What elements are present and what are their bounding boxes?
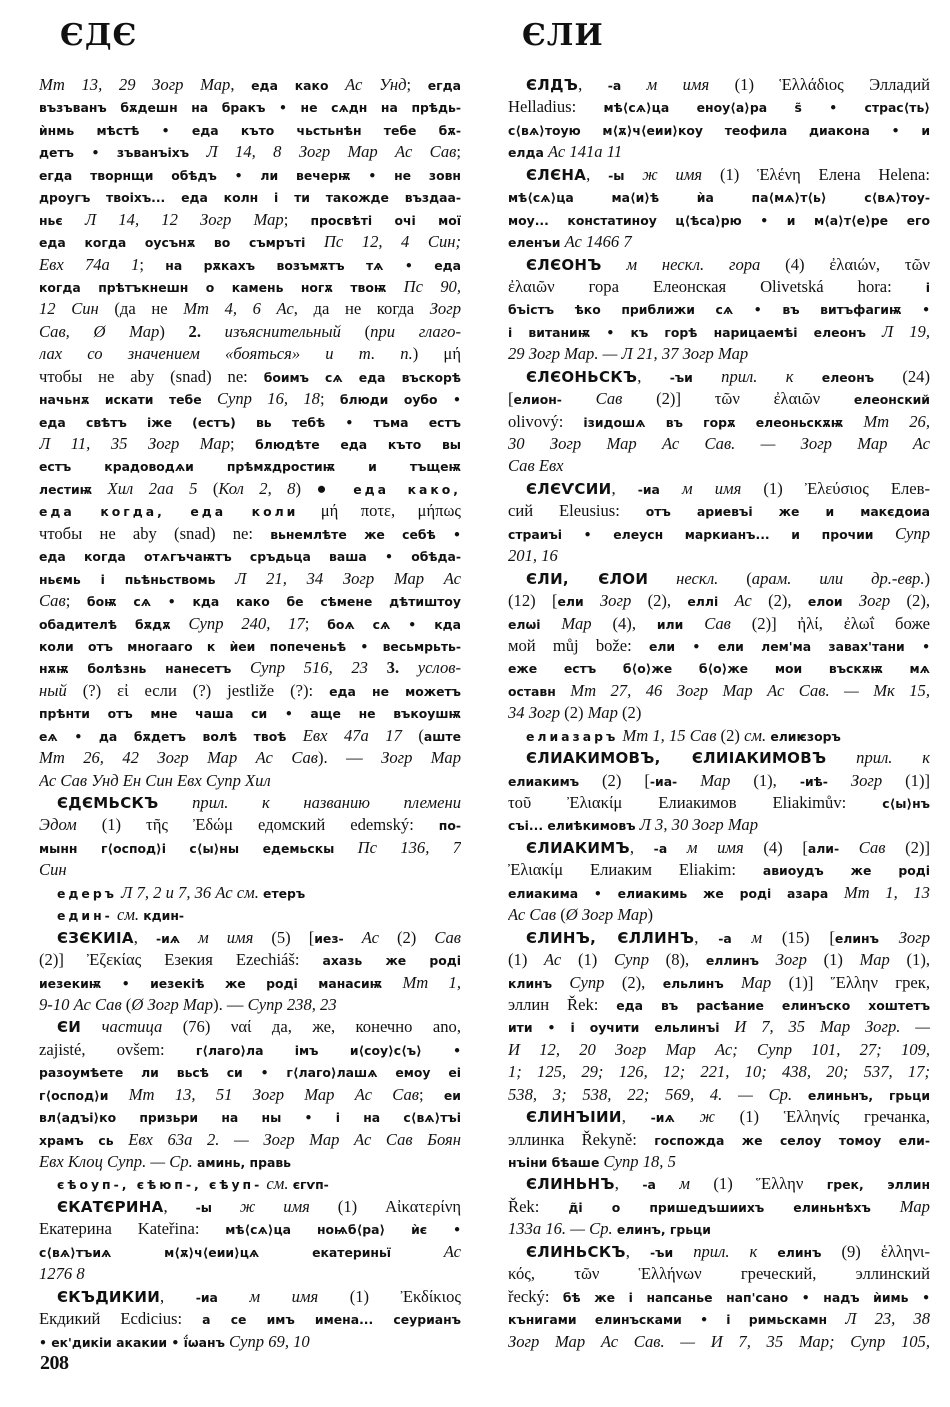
italic-reference: Зогр	[899, 928, 930, 947]
italic-reference: Мт 4, 6 Ас	[183, 299, 294, 318]
italic-reference: Ас Сав	[508, 905, 556, 924]
italic-reference: Син	[39, 860, 67, 879]
church-slavonic-quote: просвѣті очі мої	[310, 213, 461, 228]
spaced-variant: един-	[57, 908, 113, 923]
text-line: Řek: д̃і о пришедъшиихъ елиньнѣхъ Мар	[508, 1196, 930, 1218]
text-line: ЄКЪДИКИИ, -иа м имя (1) Ἐκδίκιος	[39, 1286, 461, 1308]
italic-reference: см.	[117, 905, 139, 924]
text-run: чтобы не aby (snad) ne:	[39, 367, 264, 386]
text-line: ЄЛИНЪ, ЄЛЛИНЪ, -а м (15) [елинъ Зогр	[508, 927, 930, 949]
italic-reference: Ас	[544, 950, 561, 969]
text-run	[843, 591, 859, 610]
text-line: ЄЛЄНА, -ы ж имя (1) Ἑλένη Елена Helena:	[508, 164, 930, 186]
text-line: 1; 125, 29; 126, 12; 221, 10; 438, 20; 5…	[508, 1061, 930, 1083]
text-line: възъванъ бѫдешн на бракъ • не сѧдн на пр…	[39, 96, 461, 118]
church-slavonic-quote: елинъ, грьци	[617, 1222, 711, 1237]
text-run	[683, 614, 704, 633]
church-slavonic-quote: авиоудъ же роді	[763, 863, 930, 878]
church-slavonic-quote: елион-	[514, 392, 562, 407]
text-line: ЄЛИ, ЄЛОИ нескл. (арам. или др.-евр.)	[508, 568, 930, 590]
headword: ЄКЪДИКИИ	[57, 1288, 160, 1306]
church-slavonic-quote: боимъ сѧ еда въскорѣ	[264, 370, 461, 385]
italic-reference: Ø Зогр Мар	[566, 905, 648, 924]
text-run: ,	[164, 1197, 196, 1216]
italic-reference: Пс 136, 7	[358, 838, 461, 857]
text-line: с⟨вѧ⟩тоую м⟨ѫ⟩ч⟨еии⟩коу теофила диакона …	[508, 119, 930, 141]
text-run	[541, 614, 562, 633]
church-slavonic-quote: елиѥзоръ	[770, 729, 840, 744]
text-run: (4),	[592, 614, 657, 633]
text-line: Зогр Мар Ас Сав. — И 7, 35 Мар; Супр 105…	[508, 1331, 930, 1353]
text-line: 538, 3; 538, 22; 569, 4. — Ср. елиньнъ, …	[508, 1084, 930, 1106]
text-line: нѫѭ болѣзнь нанесетъ Супр 516, 23 3. усл…	[39, 657, 461, 679]
church-slavonic-quote: еда когда отѧгъчаѭтъ сръдьца ваша • обѣд…	[39, 549, 461, 564]
text-line: ЄЗЄКИІА, -иѧ м имя (5) [иез- Ас (2) Сав	[39, 927, 461, 949]
sense-number: 2.	[189, 322, 201, 341]
text-line: еда когда, еда коли μή ποτε, μήπως	[39, 500, 461, 522]
italic-reference: Зогр Мар Ас Сав. — И 7, 35 Мар; Супр 105…	[508, 1332, 930, 1351]
text-run: (1),	[890, 950, 930, 969]
text-line: Ἐλιακίμ Елиаким Eliakim: авиоудъ же роді	[508, 859, 930, 881]
text-line: Мт 13, 29 Зогр Мар, еда како Ас Унд; егд…	[39, 74, 461, 96]
church-slavonic-quote: єгѵп-	[293, 1177, 329, 1192]
text-run: (15) [	[762, 928, 835, 947]
text-run: (2),	[604, 973, 662, 992]
text-run	[386, 277, 403, 296]
headword: ЄЛИАКИМЪ	[526, 839, 630, 857]
italic-reference: Мар	[588, 703, 618, 722]
text-run	[732, 928, 752, 947]
text-run: (2)	[379, 928, 434, 947]
church-slavonic-quote: начьнѫ искати тебе	[39, 392, 202, 407]
text-run: )	[648, 905, 654, 924]
church-slavonic-quote: елинъ	[777, 1245, 821, 1260]
church-slavonic-quote: -ъи	[670, 370, 693, 385]
text-run	[114, 1130, 129, 1149]
text-line: моу... констатиноу ц⟨ѣса⟩рю • и м⟨а⟩т⟨е⟩…	[508, 209, 930, 231]
text-run: (9) ἑλληνι-	[821, 1242, 930, 1261]
text-line: Л 11, 35 Зогр Мар; блюдѣте еда къто вы	[39, 433, 461, 455]
church-slavonic-quote: еллі	[687, 594, 718, 609]
headword: ЄЛДЪ	[526, 76, 578, 94]
text-run	[334, 838, 357, 857]
text-line: Сав Евх	[508, 455, 930, 477]
text-line: ЄЛЄОНЬСКЪ, -ъи прил. к елеонъ (24)	[508, 366, 930, 388]
text-run	[794, 367, 822, 386]
italic-reference: Супр 16, 18	[217, 389, 320, 408]
italic-reference: Л 3, 30 Зогр Мар	[640, 815, 758, 834]
page-number: 208	[40, 1352, 69, 1375]
church-slavonic-quote: на рѫкахъ возъмѫтъ тѧ • еда	[165, 258, 461, 273]
text-line: еда свѣтъ іже (естъ) вь тебѣ • тъма естъ	[39, 411, 461, 433]
text-line: мой můj bože: ели • ели лем'ма завах'тан…	[508, 635, 930, 657]
text-line: ити • і оучити ельлинъі И 7, 35 Мар Зогр…	[508, 1016, 930, 1038]
church-slavonic-quote: елеонский	[854, 392, 930, 407]
text-run	[839, 838, 859, 857]
text-run	[660, 479, 682, 498]
text-run	[189, 142, 206, 161]
text-run: ;	[320, 389, 340, 408]
italic-reference: Супр 240, 17	[188, 614, 304, 633]
italic-reference: услов-	[418, 658, 461, 677]
text-line: Екдикий Ecdicius: а се имъ имена... сеур…	[39, 1308, 461, 1330]
text-line: елиакима • елиакимь же роді азара Мт 1, …	[508, 882, 930, 904]
text-run: (1) Ἑλληνίς гречанка,	[715, 1107, 930, 1126]
italic-reference: м имя	[198, 928, 253, 947]
text-line: 12 Син (да не Мт 4, 6 Ас, да не когда Зо…	[39, 298, 461, 320]
italic-reference: Ø Зогр Мар	[131, 995, 213, 1014]
text-line: оставн Мт 27, 46 Зогр Мар Ас Сав. — Мк 1…	[508, 680, 930, 702]
text-line: Мт 26, 42 Зогр Мар Ас Сав). — Зогр Мар	[39, 747, 461, 769]
text-run: ,	[134, 928, 156, 947]
headword: ЄЛИНЬСКЪ	[526, 1243, 626, 1261]
text-run	[562, 389, 596, 408]
text-line: ЄЛИАКИМЪ, -а м имя (4) [али- Сав (2)]	[508, 837, 930, 859]
text-line: 201, 16	[508, 545, 930, 567]
church-slavonic-quote: • ек'дикіи акакии • ї́ѡанъ	[39, 1335, 225, 1350]
text-run: olivový:	[508, 412, 583, 431]
text-run: (2)	[716, 726, 744, 745]
text-line: Helladius: мѣ⟨сѧ⟩ца еноу⟨а⟩ра ѕ̃ • страс…	[508, 96, 930, 118]
italic-reference: Евх Клоц Супр. — Ср.	[39, 1152, 193, 1171]
text-run: (1)]	[882, 771, 930, 790]
text-line: 30 Зогр Мар Ас Сав. — Зогр Мар Ас	[508, 433, 930, 455]
text-line: еже естъ б⟨о⟩же б⟨о⟩же мои въскѫѭ мѧ	[508, 657, 930, 679]
text-run	[757, 1242, 777, 1261]
church-slavonic-quote: дроугъ твоіхъ... еда колн і ти такожде в…	[39, 190, 461, 205]
italic-reference: изъяснительный	[225, 322, 341, 341]
italic-reference: Супр 516, 23	[250, 658, 368, 677]
text-run: (2)	[618, 703, 642, 722]
text-line: ЄДЄМЬСКЪ прил. к названию племени	[39, 792, 461, 814]
italic-reference: прил.	[693, 1242, 729, 1261]
text-run: (да не	[99, 299, 183, 318]
text-run: Řek:	[508, 1197, 568, 1216]
text-line: елѡі Мар (4), или Сав (2)] ἠλί, ἐλωΐ бож…	[508, 613, 930, 635]
italic-reference: Ас	[735, 591, 752, 610]
italic-reference: Сав	[596, 389, 623, 408]
church-slavonic-quote: храмъ сь	[39, 1133, 114, 1148]
text-line: эллинка Řekyně: госпожда же селоу томоу …	[508, 1129, 930, 1151]
text-line: Ас Сав (Ø Зогр Мар)	[508, 904, 930, 926]
text-line: ѝнмь мѣстѣ • еда къто чьстьнѣн тебе бѫ-	[39, 119, 461, 141]
italic-reference: Ас Унд	[345, 75, 406, 94]
italic-reference: Ас 141а 11	[548, 142, 622, 161]
italic-reference: Сав, Ø Мар	[39, 322, 159, 341]
text-line: ньємь і пьѣньствомь Л 21, 34 Зогр Мар Ас	[39, 568, 461, 590]
church-slavonic-quote: елеонъ	[822, 370, 874, 385]
church-slavonic-quote: -иѧ	[651, 1110, 675, 1125]
text-run	[656, 1174, 679, 1193]
italic-reference: арам. или др.-евр.	[752, 569, 925, 588]
italic-reference: Л 14, 8 Зогр Мар Ас Сав	[206, 142, 456, 161]
text-run: (2),	[752, 591, 808, 610]
text-run	[879, 928, 899, 947]
church-slavonic-quote: еда не можетъ	[329, 684, 461, 699]
italic-reference: Ас	[444, 1242, 461, 1261]
text-run	[792, 1085, 808, 1104]
text-line: разоумѣете ли вьсѣ си • г⟨лаго⟩лашѧ емоу…	[39, 1061, 461, 1083]
text-run: ,	[586, 165, 608, 184]
text-line: τοῦ Ἐλιακίμ Елиакимов Eliakimův: с⟨ы⟩нъ	[508, 792, 930, 814]
text-run: (1),	[730, 771, 799, 790]
church-slavonic-quote: еда свѣтъ іже (естъ) вь тебѣ • тъма естъ	[39, 415, 461, 430]
church-slavonic-quote: еленъи	[508, 235, 560, 250]
italic-reference: Мар	[561, 614, 591, 633]
text-line: еленъи Ас 1466 7	[508, 231, 930, 253]
text-run	[759, 950, 776, 969]
church-slavonic-quote: ели	[557, 594, 583, 609]
text-run: (1) Ἕλλην	[690, 1174, 827, 1193]
spaced-variant: едеръ	[57, 886, 117, 901]
church-slavonic-quote: -ы	[196, 1200, 212, 1215]
text-run	[552, 973, 569, 992]
church-slavonic-quote: д̃і о пришедъшиихъ елиньнѣхъ	[568, 1200, 871, 1215]
church-slavonic-quote: і витаниѭ • къ горѣ нарицаемѣі елеонъ	[508, 325, 866, 340]
church-slavonic-quote: -иа-	[650, 774, 677, 789]
text-run	[218, 1287, 250, 1306]
church-slavonic-quote: елиакима • елиакимь же роді азара	[508, 886, 828, 901]
church-slavonic-quote: -иа	[196, 1290, 218, 1305]
text-line: Ас Сав Унд Ен Син Евх Супр Хил	[39, 770, 461, 792]
italic-reference: Сав	[434, 928, 461, 947]
text-run: (5) [	[253, 928, 314, 947]
italic-reference: Мт 13, 51 Зогр Мар Ас Сав	[129, 1085, 419, 1104]
italic-reference: Пс 12, 4 Син;	[324, 232, 461, 251]
text-run: (4) [	[744, 838, 808, 857]
italic-reference: Мт 27, 46 Зогр Мар Ас Сав. — Мк 15,	[570, 681, 930, 700]
italic-reference: 1; 125, 29; 126, 12; 221, 10; 438, 20; 5…	[508, 1062, 930, 1081]
church-slavonic-quote: оставн	[508, 684, 556, 699]
text-run: (	[341, 322, 370, 341]
text-run: (1) τῆς Ἐδώμ едомский edemský:	[77, 815, 439, 834]
text-run	[718, 591, 734, 610]
text-run	[584, 591, 600, 610]
text-run: эллинка Řekyně:	[508, 1130, 654, 1149]
italic-reference: Л 19,	[882, 322, 930, 341]
text-line: (1) Ас (1) Супр (8), еллинъ Зогр (1) Мар…	[508, 949, 930, 971]
italic-reference: Супр	[614, 950, 649, 969]
text-line: ЄЛИАКИМОВЪ, ЄЛИІАКИМОВЪ прил. к	[508, 747, 930, 769]
church-slavonic-quote: страиъі • елеусн маркианъ... и прочии	[508, 527, 873, 542]
church-slavonic-quote: коли отъ многааго к ѝеи попеченьѣ • весь…	[39, 639, 461, 654]
text-line: zajisté, ovšem: г⟨лаго⟩ла імъ и⟨соу⟩с⟨ъ⟩…	[39, 1039, 461, 1061]
church-slavonic-quote: елиакимъ	[508, 774, 579, 789]
italic-reference: см.	[266, 1174, 288, 1193]
church-slavonic-quote: еда како	[251, 78, 328, 93]
church-slavonic-quote: ѝнмь мѣстѣ • еда къто чьстьнѣн тебе бѫ-	[39, 123, 461, 138]
text-run	[180, 928, 198, 947]
text-run: ). —	[213, 995, 248, 1014]
text-line: лестиѭ Хил 2аа 5 (Кол 2, 8) ● еда како,	[39, 478, 461, 500]
text-line: обадителѣ бѫдѫ Супр 240, 17; боѧ сѧ • кд…	[39, 613, 461, 635]
text-run	[648, 569, 676, 588]
italic-reference: Евх 47а 17	[303, 726, 402, 745]
italic-reference: ж имя	[240, 1197, 310, 1216]
text-run: )	[159, 322, 188, 341]
italic-reference: Мт 1, 13	[844, 883, 930, 902]
text-line: • ек'дикіи акакии • ї́ѡанъ Супр 69, 10	[39, 1331, 461, 1353]
text-run	[720, 1017, 735, 1036]
text-run: (1) Ἑλένη Елена Helena:	[702, 165, 930, 184]
church-slavonic-quote: ельлинъ	[663, 976, 724, 991]
italic-reference: см.	[744, 726, 766, 745]
italic-reference: ж	[700, 1107, 715, 1126]
text-line: елда Ас 141а 11	[508, 141, 930, 163]
church-slavonic-quote: детъ • зъванъіхъ	[39, 145, 189, 160]
church-slavonic-quote: еллинъ	[706, 953, 759, 968]
text-run: эллин Řek:	[508, 995, 616, 1014]
text-line: еда когда оусънѫ во съмръті Пс 12, 4 Син…	[39, 231, 461, 253]
text-line: 29 Зогр Мар. — Л 21, 37 Зогр Мар	[508, 343, 930, 365]
text-run: Helladius:	[508, 97, 603, 116]
italic-reference: 201, 16	[508, 546, 558, 565]
italic-reference: И 7, 35 Мар Зогр. —	[734, 1017, 930, 1036]
text-run	[866, 322, 882, 341]
italic-reference: Кол 2, 8	[218, 479, 295, 498]
text-line: съі... елиѣкимовъ Л 3, 30 Зогр Мар	[508, 814, 930, 836]
italic-reference: Сав Евх	[508, 456, 564, 475]
italic-reference: м	[752, 928, 763, 947]
church-slavonic-quote: ити • і оучити ельлинъі	[508, 1020, 720, 1035]
text-run: ,	[160, 1287, 196, 1306]
italic-reference: 12 Син	[39, 299, 99, 318]
text-run	[693, 367, 721, 386]
italic-reference: м имя	[682, 479, 741, 498]
text-run: ) μή	[413, 344, 461, 363]
text-run	[602, 255, 627, 274]
headword: ЄДЄМЬСКЪ	[57, 794, 159, 812]
headword: ЄЛЄѴСИИ	[526, 480, 611, 498]
headword: ЄЛЄОНЬСКЪ	[526, 368, 637, 386]
church-slavonic-quote: етеръ	[263, 886, 305, 901]
church-slavonic-quote: -иѣ-	[800, 774, 828, 789]
italic-reference: м	[679, 1174, 690, 1193]
church-slavonic-quote: егда творнщи обѣдъ • ли вечерѭ • не зовн	[39, 168, 461, 183]
italic-reference: Мт 1, 15 Сав	[622, 726, 716, 745]
text-run: (4) ἐλαιών, τῶν	[760, 255, 930, 274]
church-slavonic-quote: мѣ⟨сѧ⟩ца ноѩб⟨ра⟩ ѝє •	[225, 1222, 461, 1237]
church-slavonic-quote: -иѧ	[156, 931, 180, 946]
text-line: і витаниѭ • къ горѣ нарицаемѣі елеонъ Л …	[508, 321, 930, 343]
text-line: ἐλαιῶν гора Елеонская Olivetská hora: і	[508, 276, 930, 298]
text-run: ) ●	[295, 479, 353, 498]
text-line: эллин Řek: еда въ расѣание елинъско хошт…	[508, 994, 930, 1016]
text-line: лах со значением «бояться» и т. п.) μή	[39, 343, 461, 365]
church-slavonic-quote: с⟨ы⟩нъ	[882, 796, 930, 811]
left-column: Мт 13, 29 Зогр Мар, еда како Ас Унд; егд…	[39, 74, 461, 1353]
text-run	[827, 1309, 845, 1328]
text-run: Ἐλιακίμ Елиаким Eliakim:	[508, 860, 763, 879]
italic-reference: Зогр	[859, 591, 890, 610]
headword: ЄЛИАКИМОВЪ, ЄЛИІАКИМОВЪ	[526, 749, 826, 767]
text-line: естъ крадоводѧи прѣмѫдростиѭ и тъщеѭ	[39, 455, 461, 477]
church-slavonic-quote: блюдѣте еда къто вы	[255, 437, 461, 452]
italic-reference: прил.	[721, 367, 757, 386]
text-run: ;	[305, 614, 327, 633]
church-slavonic-quote: аште	[424, 729, 461, 744]
church-slavonic-quote: ньємь і пьѣньствомь	[39, 572, 215, 587]
text-line: кънигами елинъсками • і римьскамн Л 23, …	[508, 1308, 930, 1330]
church-slavonic-quote: і	[926, 280, 930, 295]
church-slavonic-quote: когда прѣтъкнешн о камень ногѫ твоѭ	[39, 280, 386, 295]
text-run	[828, 883, 844, 902]
italic-reference: Л 11, 35 Зогр Мар	[39, 434, 230, 453]
church-slavonic-quote: ахазь же роді	[323, 953, 461, 968]
text-line: начьнѫ искати тебе Супр 16, 18; блюди оу…	[39, 388, 461, 410]
church-slavonic-quote: с⟨вѧ⟩тъиѧ м⟨ѫ⟩ч⟨еии⟩цѧ екатериньї	[39, 1245, 391, 1260]
headword: ЄЛИНЪІИИ	[526, 1108, 622, 1126]
text-line: 34 Зогр (2) Мар (2)	[508, 702, 930, 724]
spaced-variant: елиазаръ	[526, 729, 618, 744]
italic-reference: 538, 3; 538, 22; 569, 4. — Ср.	[508, 1085, 792, 1104]
text-line: 9-10 Ас Сав (Ø Зогр Мар). — Супр 238, 23	[39, 994, 461, 1016]
text-run	[215, 569, 235, 588]
text-run	[724, 973, 741, 992]
text-run	[286, 726, 302, 745]
text-run	[305, 232, 324, 251]
text-run: (1) Ἑλλάδιος Элладий	[709, 75, 930, 94]
text-run	[621, 75, 646, 94]
text-line: когда прѣтъкнешн о камень ногѫ твоѭ Пс 9…	[39, 276, 461, 298]
text-run	[201, 322, 225, 341]
text-run	[843, 412, 863, 431]
spaced-variant: еда когда, еда коли	[39, 504, 298, 519]
text-run: ,	[230, 75, 251, 94]
church-slavonic-quote: аминь, правь	[197, 1155, 291, 1170]
text-run: (76) ναί да, же, конечно ano,	[162, 1017, 461, 1036]
text-run: (1)	[508, 950, 544, 969]
text-line: κός, τῶν Ἑλλήνων греческий, эллинский	[508, 1263, 930, 1285]
italic-reference: Зогр	[851, 771, 882, 790]
text-line: бъістъ ѣко приближи сѧ • въ витъфагиѭ •	[508, 298, 930, 320]
headword: ЄИ	[57, 1018, 81, 1036]
text-run	[399, 658, 418, 677]
italic-reference: Супр 69, 10	[229, 1332, 310, 1351]
text-run: κός, τῶν Ἑλλήνων греческий, эллинский	[508, 1264, 930, 1283]
text-run	[757, 367, 785, 386]
church-slavonic-quote: ньє	[39, 213, 63, 228]
church-slavonic-quote: -иа	[638, 482, 660, 497]
text-line: Сав, Ø Мар) 2. изъяснительный (при глаго…	[39, 321, 461, 343]
text-line: чтобы не aby (snad) ne: вьнемлѣте же себ…	[39, 523, 461, 545]
text-run: ;	[284, 210, 311, 229]
church-slavonic-quote: -ъи	[650, 1245, 673, 1260]
italic-reference: Мар	[900, 1197, 930, 1216]
text-run: ,	[578, 75, 608, 94]
text-run	[826, 748, 856, 767]
church-slavonic-quote: еи	[444, 1088, 461, 1103]
text-run	[556, 681, 570, 700]
italic-reference: Л 21, 34 Зогр Мар Ас	[235, 569, 461, 588]
italic-reference: Супр	[895, 524, 930, 543]
church-slavonic-quote: елѡі	[508, 617, 541, 632]
text-line: еѧ • да бѫдетъ волѣ твоѣ Евх 47а 17 (ашт…	[39, 725, 461, 747]
text-line: Эдом (1) τῆς Ἐδώμ едомский edemský: по-	[39, 814, 461, 836]
spaced-variant: єѣоуп-, єѣюп-, єѣуп-	[57, 1177, 262, 1192]
italic-reference: Сав	[859, 838, 886, 857]
italic-reference: Зогр	[430, 299, 461, 318]
text-line: ЄЛДЪ, -а м имя (1) Ἑλλάδιος Элладий	[508, 74, 930, 96]
church-slavonic-quote: нъіни бѣаше	[508, 1155, 599, 1170]
text-run: (12) [	[508, 591, 557, 610]
church-slavonic-quote: кдин-	[143, 908, 184, 923]
headword: ЄЛЄНА	[526, 166, 586, 184]
church-slavonic-quote: ізидошѧ въ горѫ елеоньскѫѭ	[583, 415, 843, 430]
text-line: сий Eleusius: отъ ариевъі же и макєдоиа	[508, 500, 930, 522]
text-run: (	[122, 995, 132, 1014]
text-run: ;	[406, 75, 427, 94]
